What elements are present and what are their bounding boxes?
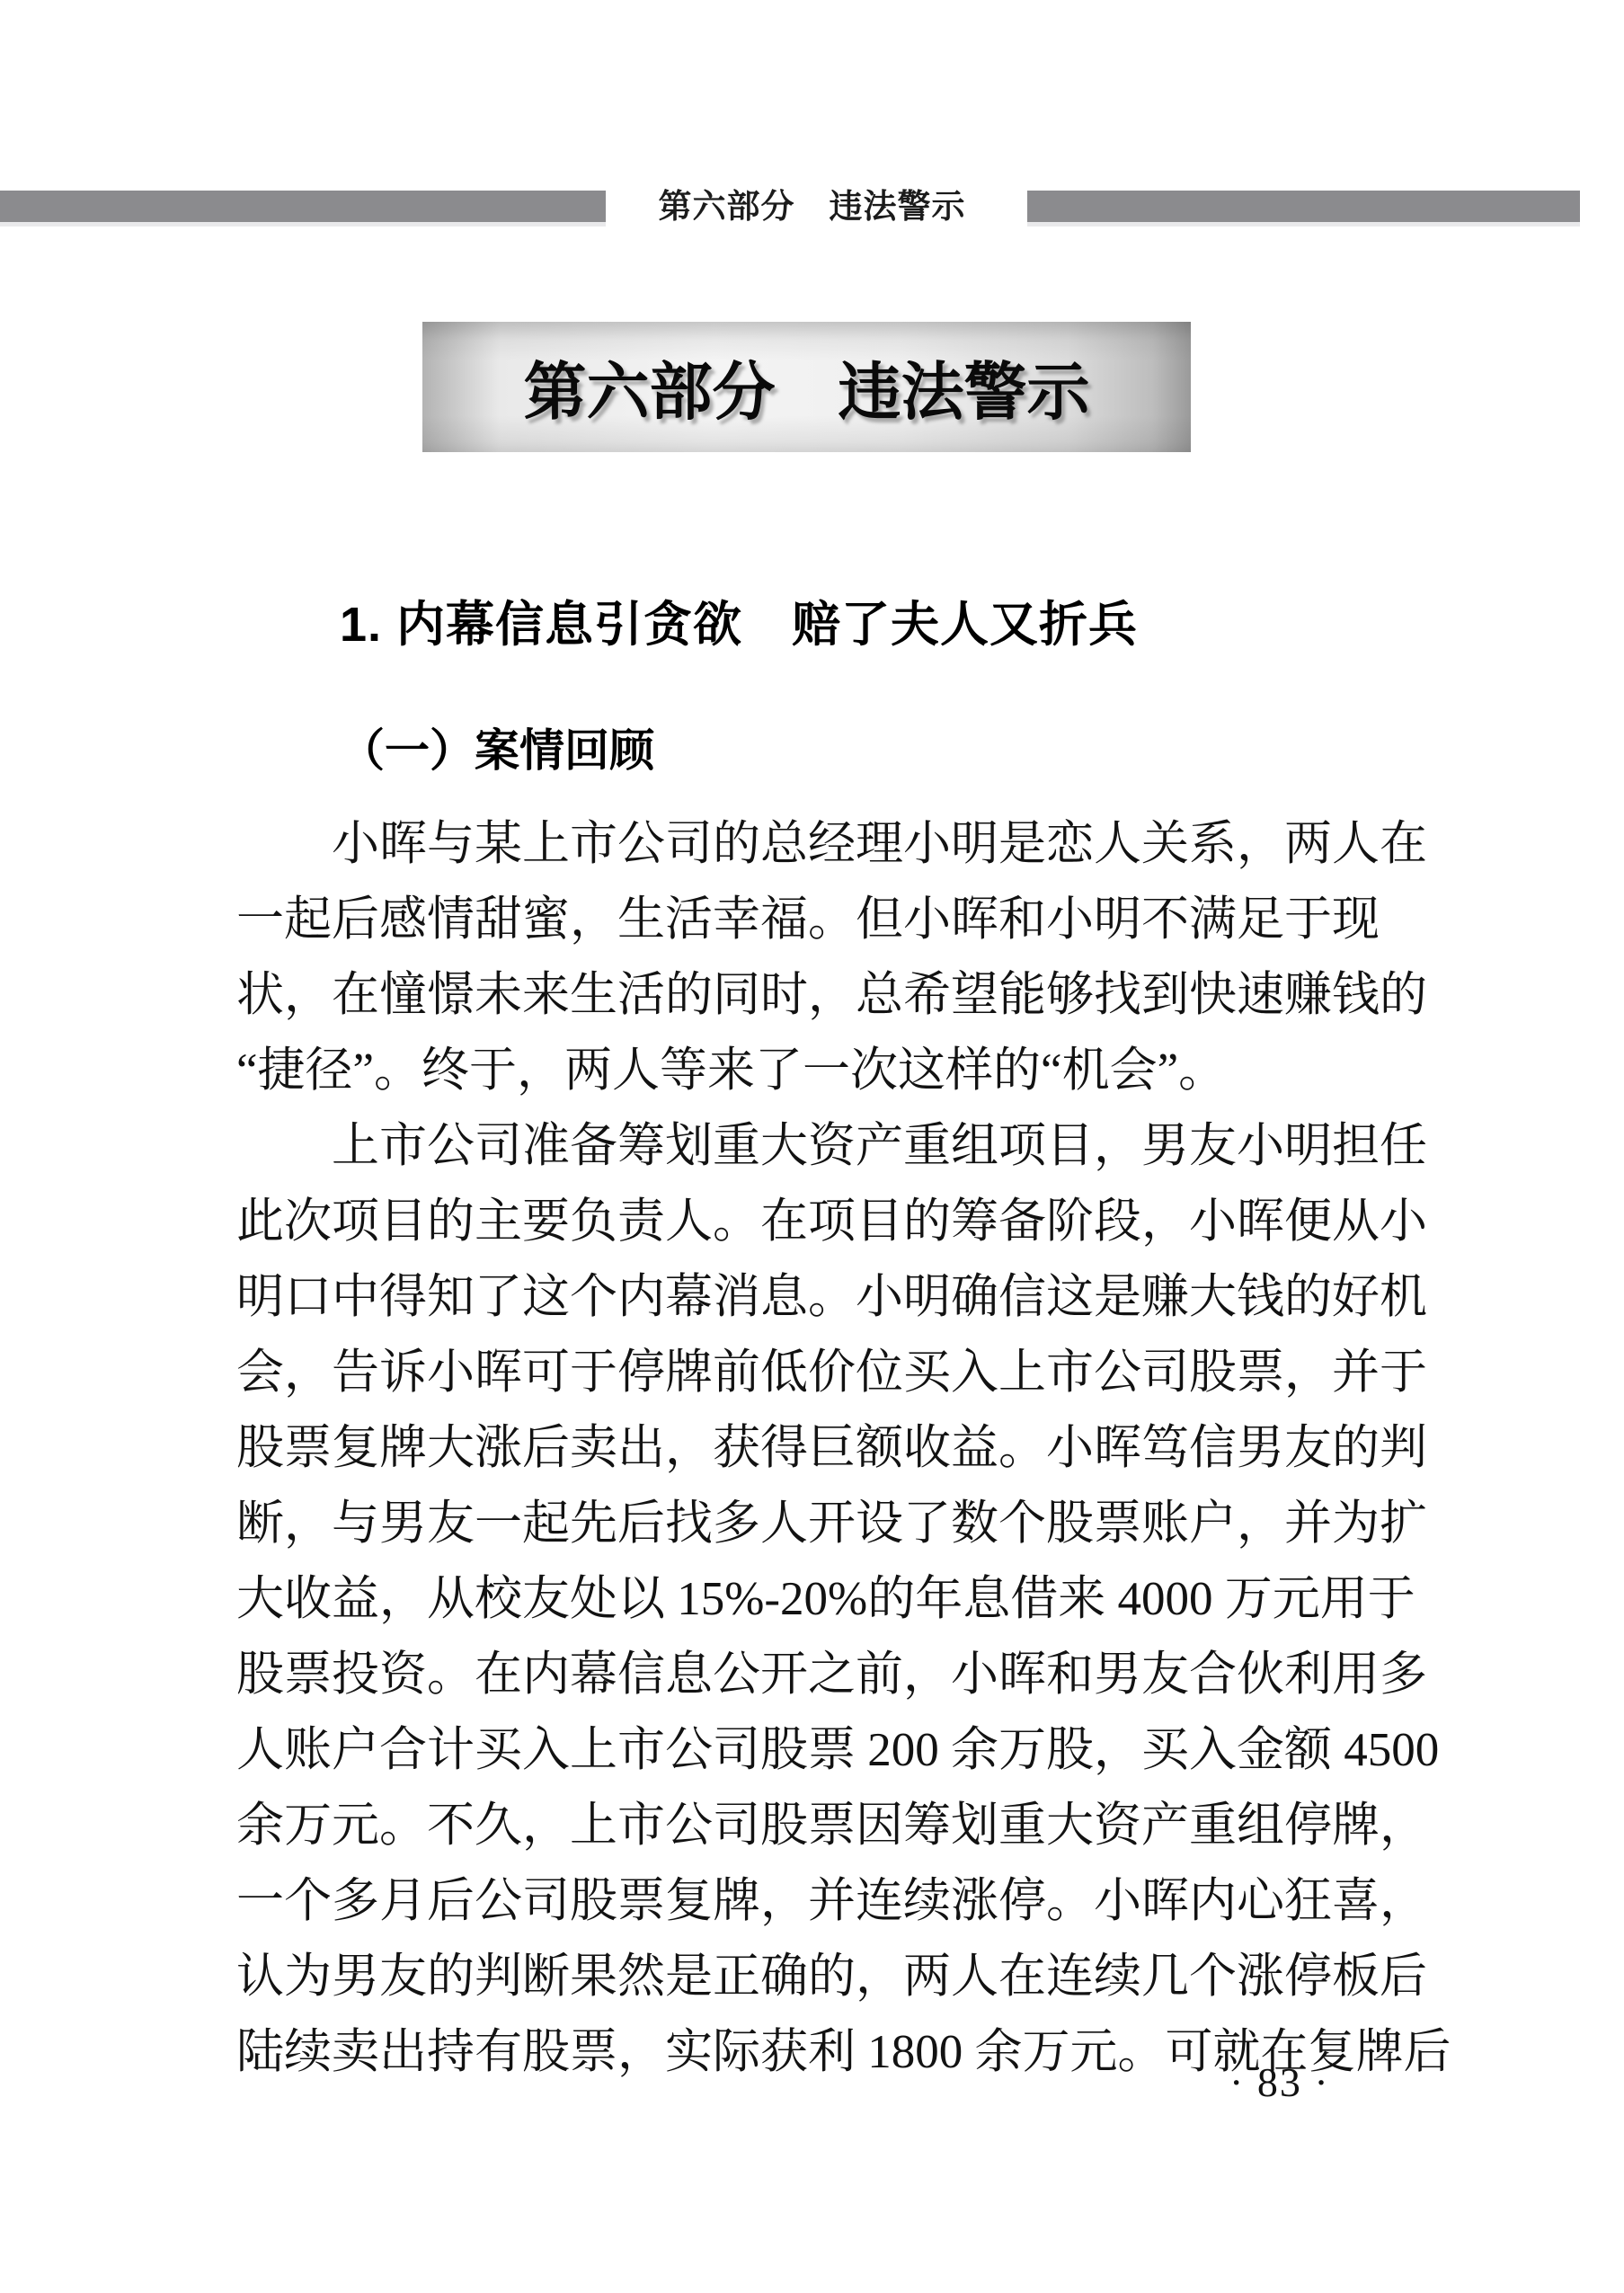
paragraph-1: 小晖与某上市公司的总经理小明是恋人关系，两人在 一起后感情甜蜜，生活幸福。但小晖… xyxy=(236,806,1432,1108)
section-banner: 第六部分 违法警示 xyxy=(422,322,1191,452)
article-subheading: （一）案情回顾 xyxy=(340,728,654,773)
book-page: 第六部分 违法警示 第六部分 违法警示 1. 内幕信息引贪欲 赔了夫人又折兵 （… xyxy=(0,0,1624,2293)
article-body: 小晖与某上市公司的总经理小明是恋人关系，两人在 一起后感情甜蜜，生活幸福。但小晖… xyxy=(236,806,1432,2090)
article-heading: 1. 内幕信息引贪欲 赔了夫人又折兵 xyxy=(340,600,1138,649)
page-number: · 83 · xyxy=(1229,2058,1330,2106)
paragraph-2: 上市公司准备筹划重大资产重组项目，男友小明担任 此次项目的主要负责人。在项目的筹… xyxy=(236,1108,1432,2090)
header-rule-right xyxy=(1027,191,1580,222)
section-banner-title: 第六部分 违法警示 xyxy=(524,342,1090,432)
